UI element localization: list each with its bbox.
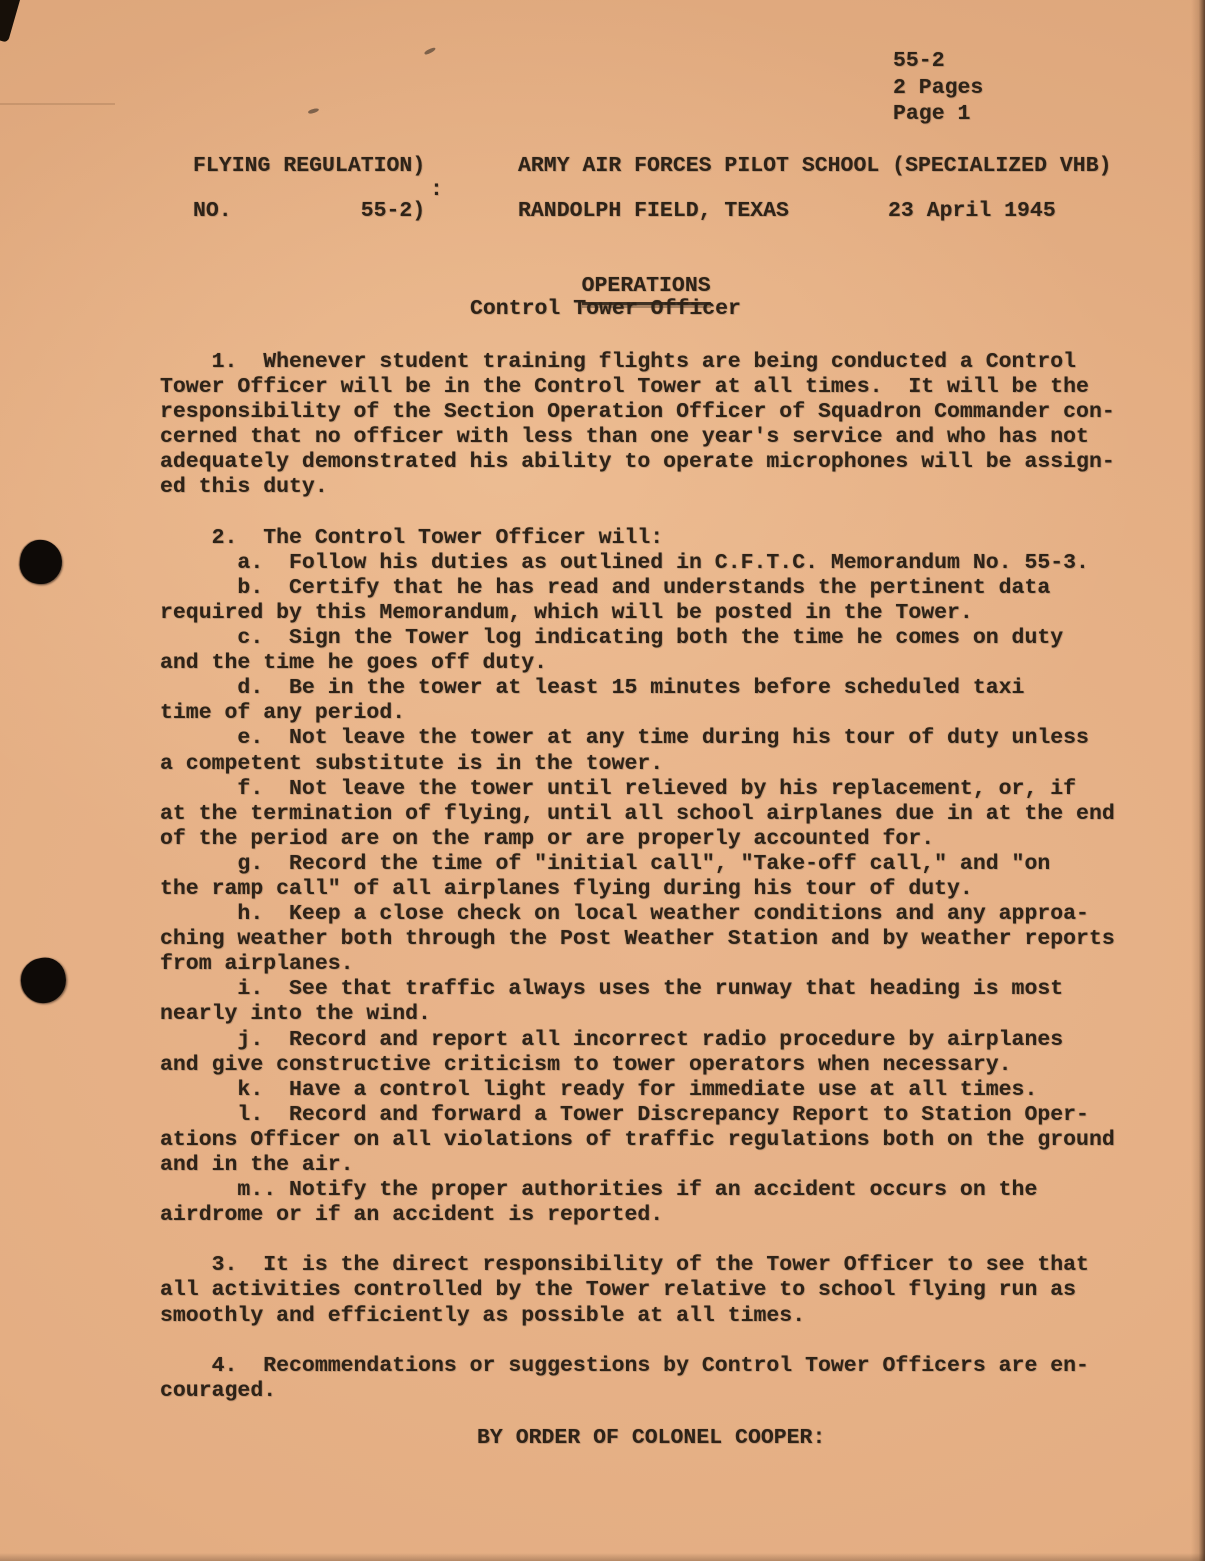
regulation-number: NO. 55-2) <box>193 199 425 224</box>
subject-title: Control Tower Officer <box>470 297 741 322</box>
doc-date: 23 April 1945 <box>888 199 1056 224</box>
page-edge-shadow-right <box>1191 0 1205 1561</box>
issuing-organization: ARMY AIR FORCES PILOT SCHOOL (SPECIALIZE… <box>518 154 1112 179</box>
paper-crease <box>0 103 115 105</box>
document-body: 1. Whenever student training flights are… <box>160 350 1115 1404</box>
regulation-title: FLYING REGULATION) <box>193 154 425 179</box>
hole-punch-top <box>17 537 65 586</box>
header-separator-colon: : <box>430 178 443 203</box>
hole-punch-bottom <box>17 954 70 1007</box>
ink-fleck <box>424 46 436 55</box>
doc-reference-block: 55-2 2 Pages Page 1 <box>893 48 983 128</box>
ink-fleck <box>308 107 320 114</box>
by-order-line: BY ORDER OF COLONEL COOPER: <box>477 1426 825 1451</box>
scan-corner-artifact <box>0 0 23 43</box>
page-edge-shadow-bottom <box>0 1553 1205 1561</box>
issuing-location: RANDOLPH FIELD, TEXAS <box>518 199 789 224</box>
document-page: 55-2 2 Pages Page 1 FLYING REGULATION) :… <box>0 0 1205 1561</box>
